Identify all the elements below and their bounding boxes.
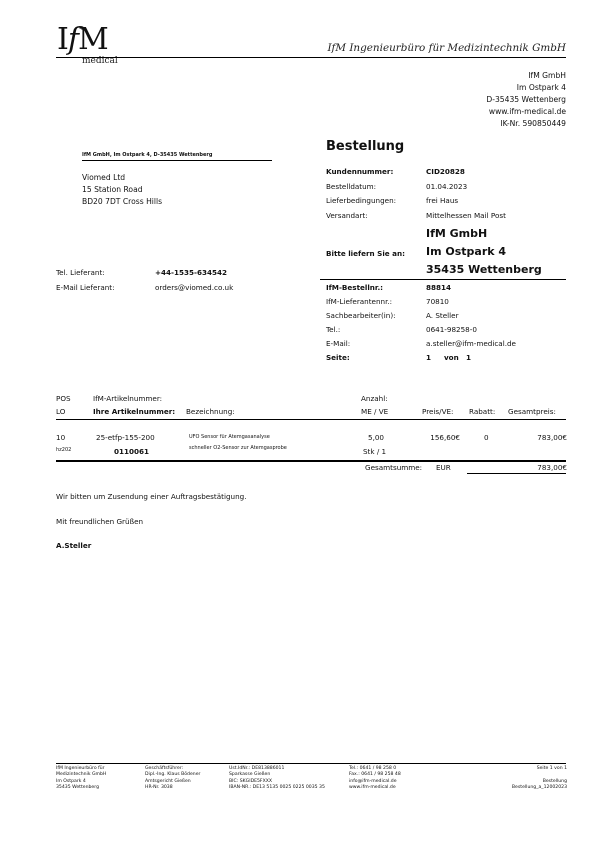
order-field-row: IfM-Bestellnr.:88814 <box>326 283 566 297</box>
footer-page-info: Seite 1 von 1 Bestellung Bestellung_a_12… <box>467 766 567 792</box>
order-field-label: IfM-Lieferantennr.: <box>326 297 392 306</box>
col-pos-header: POS <box>56 394 71 403</box>
footer-rule <box>56 763 566 764</box>
col-description-header: Bezeichnung: <box>186 407 235 416</box>
footer-line: www.ifm-medical.de <box>349 785 401 791</box>
row-lo: hz202 <box>56 447 71 453</box>
footer-line: Bestellung_a_12002023 <box>467 785 567 791</box>
footer-line: Medizintechnik GmbH <box>56 772 106 778</box>
footer-management: Geschäftsführer: Dipl.-Ing. Klaus Bödene… <box>145 766 200 792</box>
supplier-email[interactable]: orders@viomed.co.uk <box>155 283 233 292</box>
sum-currency: EUR <box>436 463 451 472</box>
sum-underline <box>467 473 566 474</box>
order-field-value: 0641-98258-0 <box>426 325 477 334</box>
row-description-2: schneller O2-Sensor zur Atemgasprobe <box>189 445 287 451</box>
col-lo-header: LO <box>56 407 65 416</box>
recipient-address: Viomed Ltd 15 Station Road BD20 7DT Cros… <box>82 172 162 208</box>
header-field-row: Versandart:Mittelhessen Mail Post <box>326 211 566 225</box>
col-unit-price-header: Preis/VE: <box>422 407 453 416</box>
order-field-value: 88814 <box>426 283 451 292</box>
footer-bank: Ust.IdNr.: DE813886011 Sparkasse Gießen … <box>229 766 325 792</box>
delivery-address-line: IfM GmbH <box>426 227 487 240</box>
header-field-value: Mittelhessen Mail Post <box>426 211 506 220</box>
supplier-phone-label: Tel. Lieferant: <box>56 268 105 277</box>
header-field-value: frei Haus <box>426 196 458 205</box>
company-address-line: Im Ostpark 4 <box>366 82 566 94</box>
sender-rule <box>82 160 272 161</box>
footer-line: Dipl.-Ing. Klaus Bödener <box>145 772 200 778</box>
confirmation-request: Wir bitten um Zusendung einer Auftragsbe… <box>56 492 247 501</box>
order-field-row: Sachbearbeiter(in):A. Steller <box>326 311 566 325</box>
order-field-label: Tel.: <box>326 325 340 334</box>
col-your-article-header: Ihre Artikelnummer: <box>93 407 175 416</box>
order-info-rule <box>320 279 566 280</box>
delivery-label: Bitte liefern Sie an: <box>326 249 405 258</box>
row-your-article: 0110061 <box>114 447 149 456</box>
logo-letter-m: M <box>78 22 108 57</box>
sum-label: Gesamtsumme: <box>365 463 422 472</box>
company-address-line: IfM GmbH <box>366 70 566 82</box>
header-rule <box>56 57 566 58</box>
col-total-header: Gesamtpreis: <box>508 407 556 416</box>
company-website: www.ifm-medical.de <box>366 106 566 118</box>
header-field-value: CID20828 <box>426 167 465 176</box>
row-unit: Stk / 1 <box>363 447 386 456</box>
company-tagline: IfM Ingenieurbüro für Medizintechnik Gmb… <box>327 42 566 54</box>
order-field-label: E-Mail: <box>326 339 350 348</box>
col-ifm-article-header: IfM-Artikelnummer: <box>93 394 162 403</box>
footer-company: IfM Ingenieurbüro für Medizintechnik Gmb… <box>56 766 106 792</box>
col-quantity-top-header: Anzahl: <box>361 394 388 403</box>
order-field-label: IfM-Bestellnr.: <box>326 283 383 292</box>
order-field-value: a.steller@ifm-medical.de <box>426 339 516 348</box>
delivery-address-line: 35435 Wettenberg <box>426 263 542 276</box>
greeting: Mit freundlichen Grüßen <box>56 517 143 526</box>
sum-value: 783,00€ <box>537 463 567 472</box>
supplier-phone: +44-1535-634542 <box>155 268 227 277</box>
document-title: Bestellung <box>326 139 404 154</box>
recipient-name: Viomed Ltd <box>82 172 162 184</box>
header-field-label: Kundennummer: <box>326 167 393 176</box>
row-quantity: 5,00 <box>368 433 384 442</box>
supplier-email-label: E-Mail Lieferant: <box>56 283 115 292</box>
logo-letter-i: I <box>57 22 68 57</box>
company-address: IfM GmbH Im Ostpark 4 D-35435 Wettenberg… <box>366 70 566 130</box>
header-field-row: Kundennummer:CID20828 <box>326 167 566 181</box>
order-field-row: Tel.:0641-98258-0 <box>326 325 566 339</box>
row-total: 783,00€ <box>537 433 567 442</box>
recipient-city: BD20 7DT Cross Hills <box>82 196 162 208</box>
company-ik-number: IK-Nr. 590850449 <box>366 118 566 130</box>
sender-line: IfM GmbH, Im Ostpark 4, D-35435 Wettenbe… <box>82 152 212 158</box>
row-discount: 0 <box>484 433 489 442</box>
order-field-row: IfM-Lieferantennr.:70810 <box>326 297 566 311</box>
row-pos: 10 <box>56 433 65 442</box>
page-label: Seite: <box>326 353 350 362</box>
order-field-label: Sachbearbeiter(in): <box>326 311 396 320</box>
recipient-street: 15 Station Road <box>82 184 162 196</box>
footer-contact: Tel.: 0641 / 98 258 0 Fax.: 0641 / 98 25… <box>349 766 401 792</box>
row-unit-price: 156,60€ <box>400 433 460 442</box>
footer-line: IBAN-NR.: DE13 5135 0025 0225 0035 35 <box>229 785 325 791</box>
order-field-value: A. Steller <box>426 311 459 320</box>
header-field-label: Lieferbedingungen: <box>326 196 396 205</box>
order-field-row: E-Mail:a.steller@ifm-medical.de <box>326 339 566 353</box>
footer-line: HR-Nr. 3038 <box>145 785 200 791</box>
header-field-value: 01.04.2023 <box>426 182 467 191</box>
header-field-row: Lieferbedingungen:frei Haus <box>326 196 566 210</box>
row-description-1: UFO Sensor für Atemgasanalyse <box>189 434 270 440</box>
logo-letter-f: f <box>68 22 78 57</box>
page-current: 1 <box>426 353 431 362</box>
col-quantity-header: ME / VE <box>361 407 388 416</box>
table-bottom-rule <box>56 460 566 462</box>
table-header-rule <box>56 419 566 420</box>
header-field-label: Versandart: <box>326 211 368 220</box>
signature: A.Steller <box>56 541 91 550</box>
header-field-row: Bestelldatum:01.04.2023 <box>326 182 566 196</box>
footer-line: Fax.: 0641 / 98 258 48 <box>349 772 401 778</box>
footer-line: 35435 Wettenberg <box>56 785 106 791</box>
order-field-value: 70810 <box>426 297 449 306</box>
logo: IfM <box>57 22 108 57</box>
page-total: 1 <box>466 353 471 362</box>
page-of: von <box>444 353 459 362</box>
header-field-label: Bestelldatum: <box>326 182 376 191</box>
row-ifm-article: 25-etfp-155-200 <box>96 433 155 442</box>
page-row: Seite: 1 von 1 <box>326 353 566 367</box>
company-address-line: D-35435 Wettenberg <box>366 94 566 106</box>
col-discount-header: Rabatt: <box>469 407 495 416</box>
delivery-address-line: Im Ostpark 4 <box>426 245 506 258</box>
